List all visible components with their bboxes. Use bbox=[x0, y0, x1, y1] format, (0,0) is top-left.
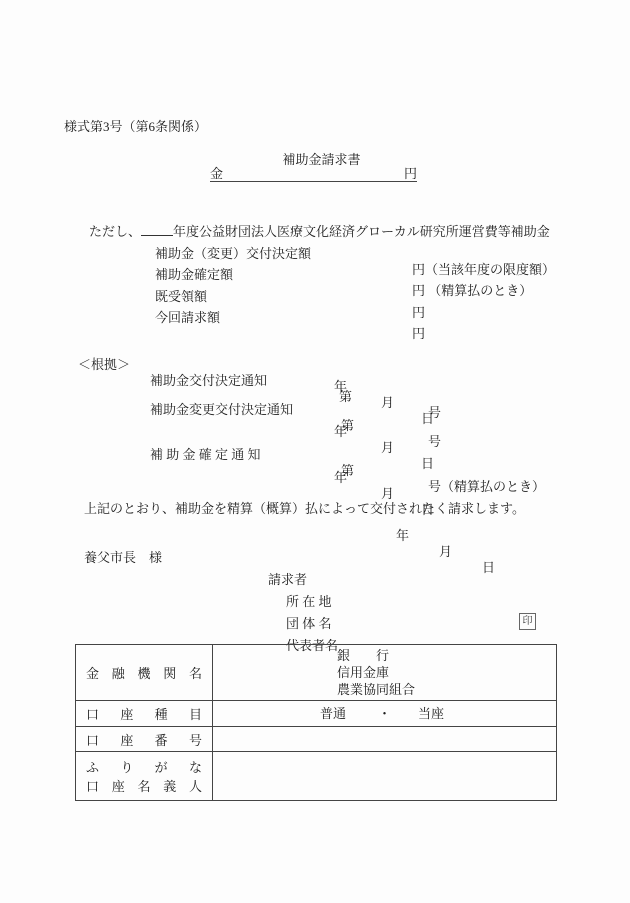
table-row-account-number: 口 座 番 号 bbox=[76, 727, 557, 752]
date-line: 年 月 日 bbox=[0, 509, 630, 526]
form-number-line: 様式第3号（第6条関係） bbox=[0, 100, 630, 117]
furigana-label: ふ り が な bbox=[76, 757, 212, 776]
subsidy-request-form: 様式第3号（第6条関係） 補助金請求書 金 円 ただし、年度公益財団法人医療文化… bbox=[0, 0, 630, 903]
ordinary-option[interactable]: 普通 bbox=[320, 701, 346, 726]
account-number-label: 口 座 番 号 bbox=[76, 730, 212, 749]
shinkin-option[interactable]: 信用金庫 bbox=[337, 664, 630, 681]
institution-label-cell: 金 融 機 関 名 bbox=[76, 645, 213, 701]
item-label: 今回請求額 bbox=[155, 307, 220, 326]
basis-row: 補 助 金 確 定 通 知 第 号（精算払のとき） bbox=[0, 428, 630, 445]
current-option[interactable]: 当座 bbox=[418, 701, 444, 726]
table-row-holder: ふ り が な 口 座 名 義 人 bbox=[76, 752, 557, 801]
seal-mark: 印 bbox=[519, 613, 536, 630]
basis-row: 補助金変更交付決定通知 第 号 bbox=[0, 383, 630, 400]
dot-separator: ・ bbox=[378, 701, 391, 726]
basis-date-row: 年 月 日 bbox=[0, 451, 630, 468]
item-row: 既受領額 円 bbox=[0, 270, 630, 287]
account-type-value-cell[interactable]: 普通 ・ 当座 bbox=[213, 701, 557, 727]
table-row-institution: 金 融 機 関 名 銀 行 信用金庫 農業協同組合 支店 bbox=[76, 645, 557, 701]
requester-address-line: 所 在 地 bbox=[0, 575, 630, 592]
basis-date-row: 年 月 日 bbox=[0, 360, 630, 377]
institution-value-cell[interactable]: 銀 行 信用金庫 農業協同組合 支店 bbox=[213, 645, 557, 701]
requester-org-line: 団 体 名 bbox=[0, 597, 630, 614]
requester-heading-line: 請求者 bbox=[0, 553, 630, 570]
account-number-label-cell: 口 座 番 号 bbox=[76, 727, 213, 752]
title-line: 補助金請求書 bbox=[0, 133, 630, 150]
statement-line: 上記のとおり、補助金を精算（概算）払によって交付されたく請求します。 bbox=[0, 482, 630, 499]
account-type-label-cell: 口 座 種 目 bbox=[76, 701, 213, 727]
holder-name-label: 口 座 名 義 人 bbox=[76, 776, 212, 795]
item-row: 補助金確定額 円 （精算払のとき） bbox=[0, 248, 630, 265]
bank-option[interactable]: 銀 行 bbox=[337, 647, 630, 664]
item-row: 補助金（変更）交付決定額 円（当該年度の限度額） bbox=[0, 227, 630, 244]
basis-row: ＜根拠＞ 補助金交付決定通知 第 号 bbox=[0, 338, 630, 355]
institution-label: 金 融 機 関 名 bbox=[76, 663, 212, 682]
basis-date-row: 年 月 日 bbox=[0, 405, 630, 422]
bank-account-table: 金 融 機 関 名 銀 行 信用金庫 農業協同組合 支店 口 座 種 目 普通 … bbox=[75, 644, 557, 801]
holder-value-cell[interactable] bbox=[213, 752, 557, 801]
addressee-line: 養父市長 様 bbox=[0, 531, 630, 548]
amount-field[interactable]: 金 円 bbox=[210, 163, 417, 182]
item-row: 今回請求額 円 bbox=[0, 291, 630, 308]
amount-unit: 円 bbox=[404, 163, 417, 181]
proviso-line: ただし、年度公益財団法人医療文化経済グローカル研究所運営費等補助金 bbox=[0, 205, 630, 222]
amount-prefix: 金 bbox=[210, 163, 223, 181]
holder-label-cell: ふ り が な 口 座 名 義 人 bbox=[76, 752, 213, 801]
account-number-value-cell[interactable] bbox=[213, 727, 557, 752]
table-row-account-type: 口 座 種 目 普通 ・ 当座 bbox=[76, 701, 557, 727]
account-type-label: 口 座 種 目 bbox=[76, 704, 212, 723]
agri-coop-option[interactable]: 農業協同組合 bbox=[337, 681, 630, 698]
